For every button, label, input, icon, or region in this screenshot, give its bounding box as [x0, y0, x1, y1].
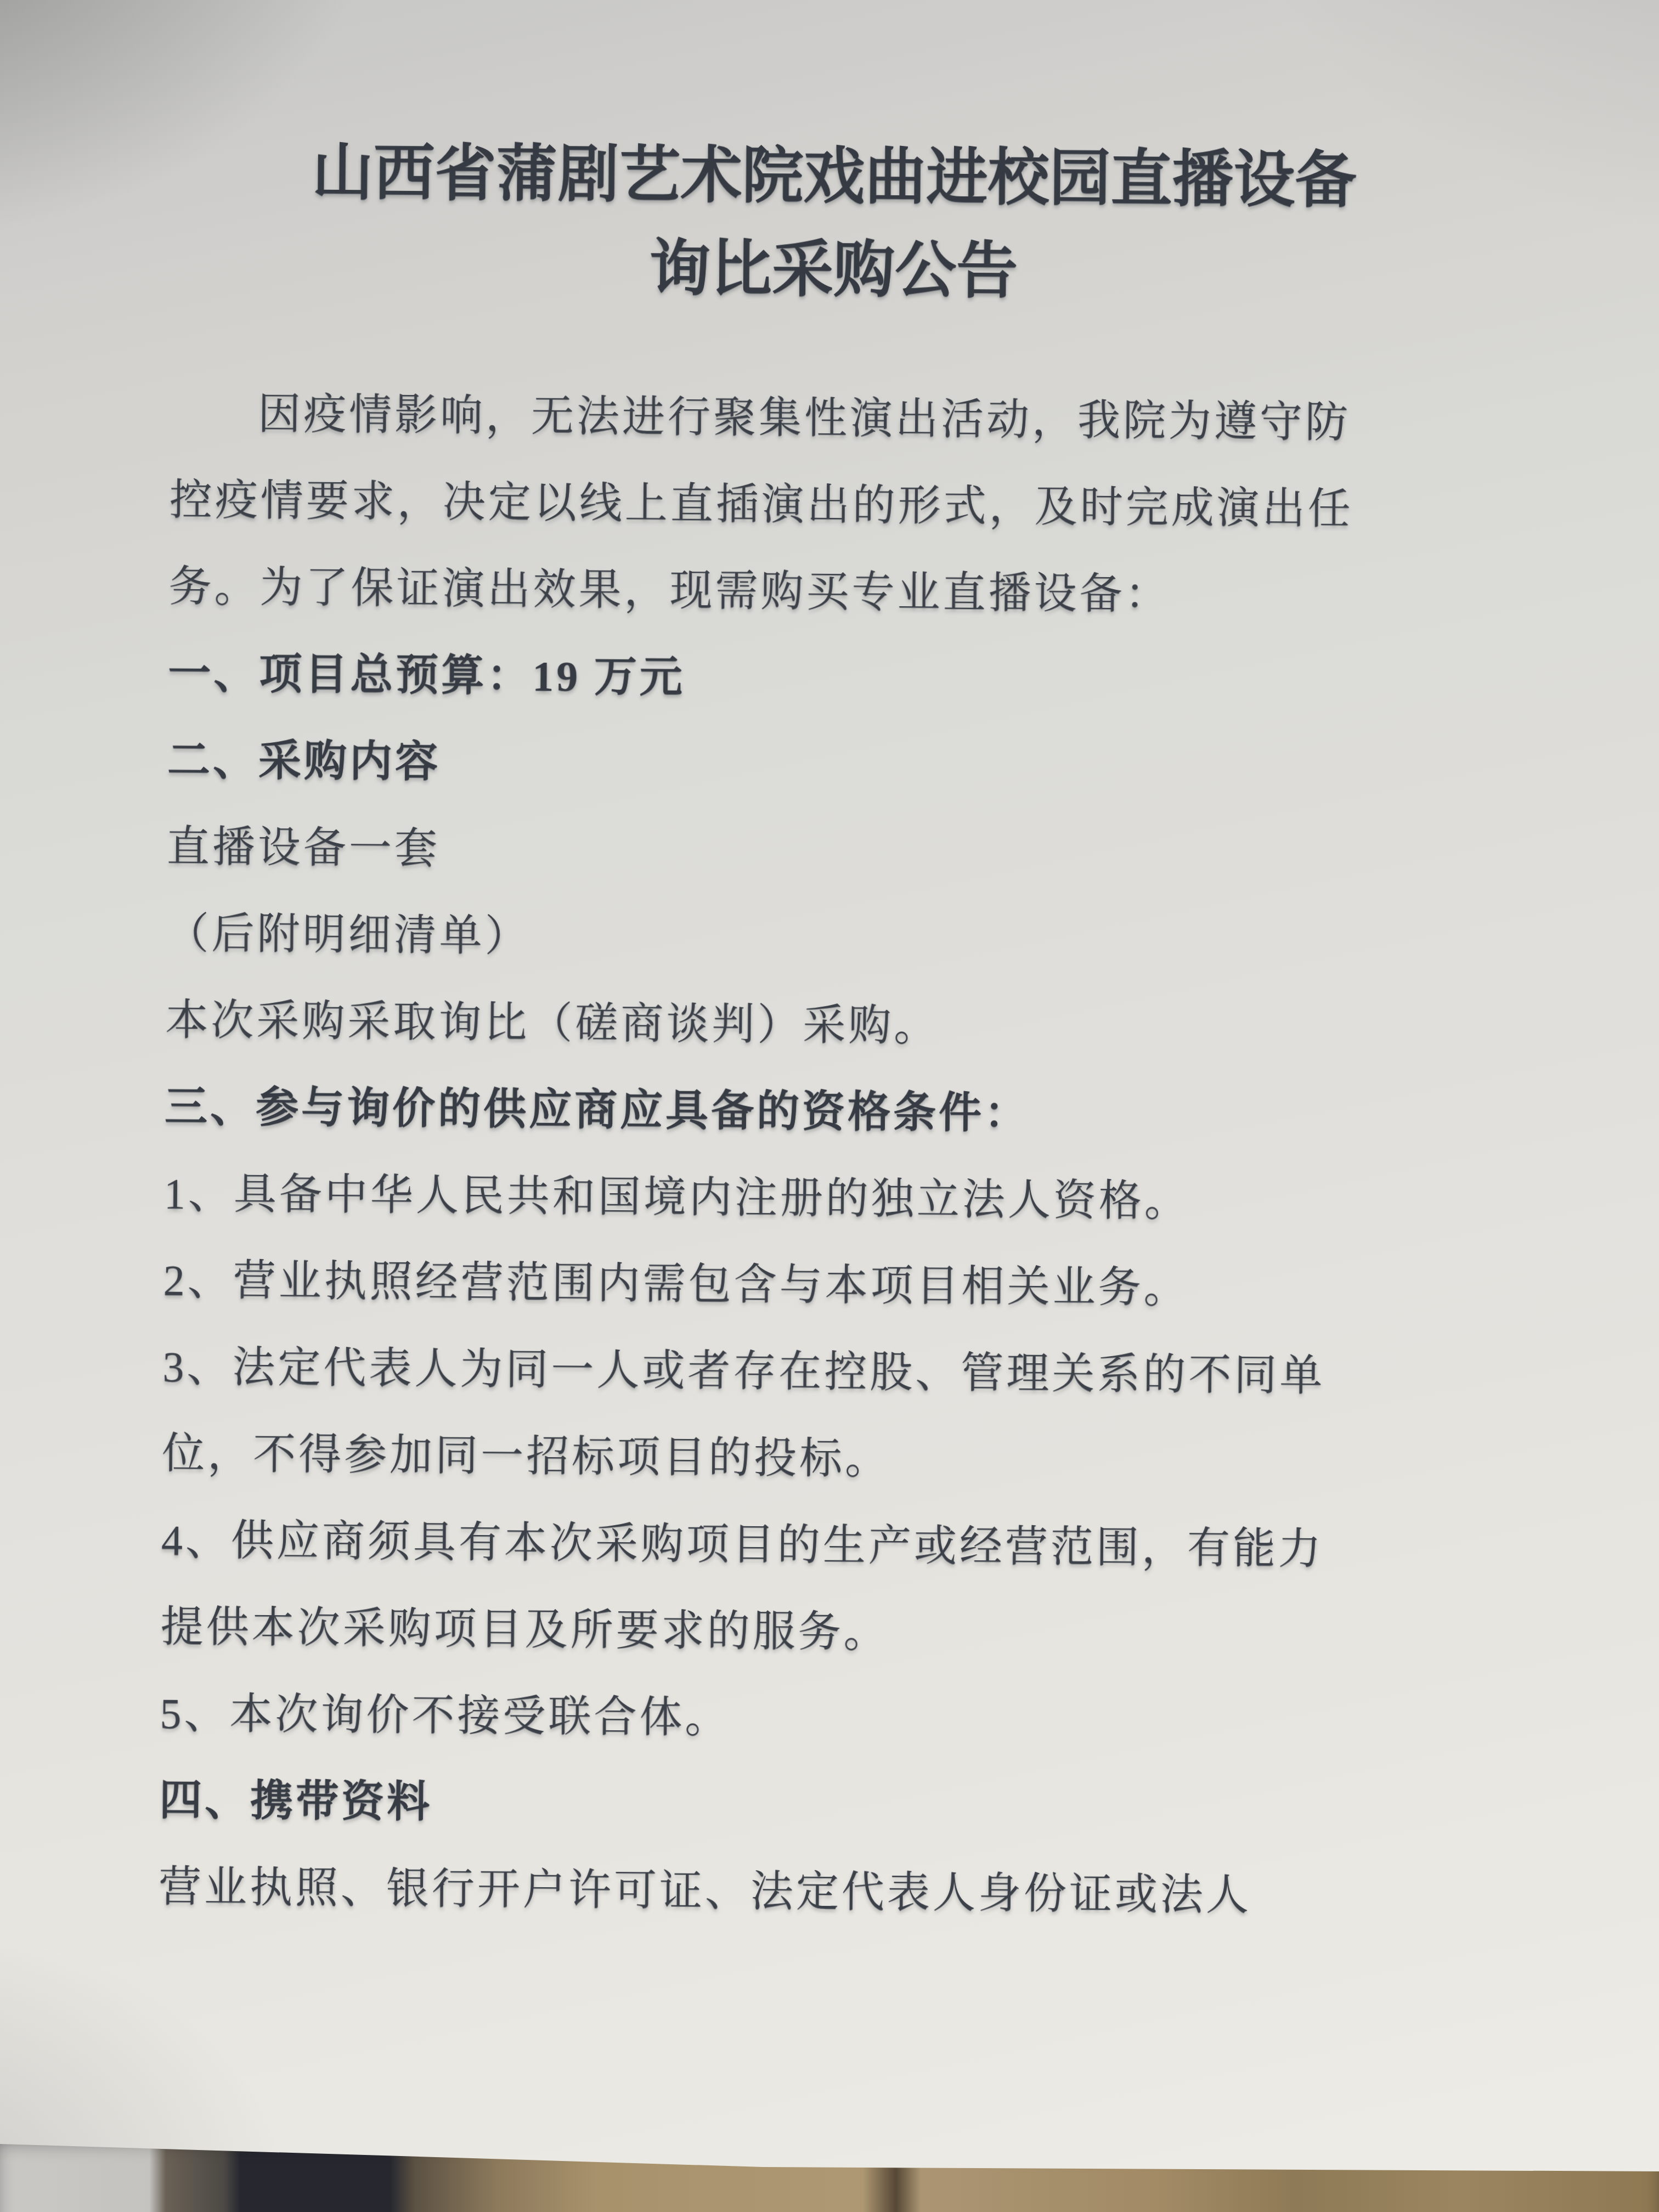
document-line: 2、营业执照经营范围内需包含与本项目相关业务。	[163, 1237, 1496, 1334]
document-line: 5、本次询价不接受联合体。	[160, 1670, 1493, 1767]
section-heading: 二、采购内容	[167, 717, 1500, 814]
document-line: 因疫情影响，无法进行聚集性演出活动，我院为遵守防	[170, 370, 1503, 467]
document-body: 因疫情影响，无法进行聚集性演出活动，我院为遵守防控疫情要求，决定以线上直插演出的…	[0, 369, 1659, 1942]
section-heading: 三、参与询价的供应商应具备的资格条件：	[165, 1064, 1498, 1161]
document-line: 本次采购采取询比（磋商谈判）采购。	[165, 977, 1498, 1074]
document-title-line1: 山西省蒲剧艺术院戏曲进校园直播设备	[4, 0, 1659, 230]
document-line: 4、供应商须具有本次采购项目的生产或经营范围，有能力	[161, 1497, 1494, 1594]
desk-surface	[0, 2129, 1659, 2212]
document-line: 营业执照、银行开户许可证、法定代表人身份证或法人	[158, 1843, 1491, 1940]
document-line: 控疫情要求，决定以线上直插演出的形式，及时完成演出任	[169, 457, 1502, 554]
document-line: 提供本次采购项目及所要求的服务。	[160, 1583, 1493, 1680]
document-line: 位，不得参加同一招标项目的投标。	[162, 1410, 1495, 1507]
photo-of-document: 山西省蒲剧艺术院戏曲进校园直播设备 询比采购公告 因疫情影响，无法进行聚集性演出…	[0, 0, 1659, 2212]
document-line: 1、具备中华人民共和国境内注册的独立法人资格。	[163, 1150, 1497, 1247]
section-heading: 一、项目总预算：19 万元	[168, 630, 1501, 727]
document-line: （后附明细清单）	[166, 890, 1499, 988]
section-heading: 四、携带资料	[159, 1757, 1492, 1854]
document-line: 直播设备一套	[166, 804, 1499, 901]
document-page: 山西省蒲剧艺术院戏曲进校园直播设备 询比采购公告 因疫情影响，无法进行聚集性演出…	[0, 0, 1659, 1942]
document-title-line2: 询比采购公告	[4, 217, 1659, 324]
document-line: 务。为了保证演出效果，现需购买专业直播设备：	[168, 544, 1502, 641]
document-line: 3、法定代表人为同一人或者存在控股、管理关系的不同单	[162, 1323, 1496, 1420]
